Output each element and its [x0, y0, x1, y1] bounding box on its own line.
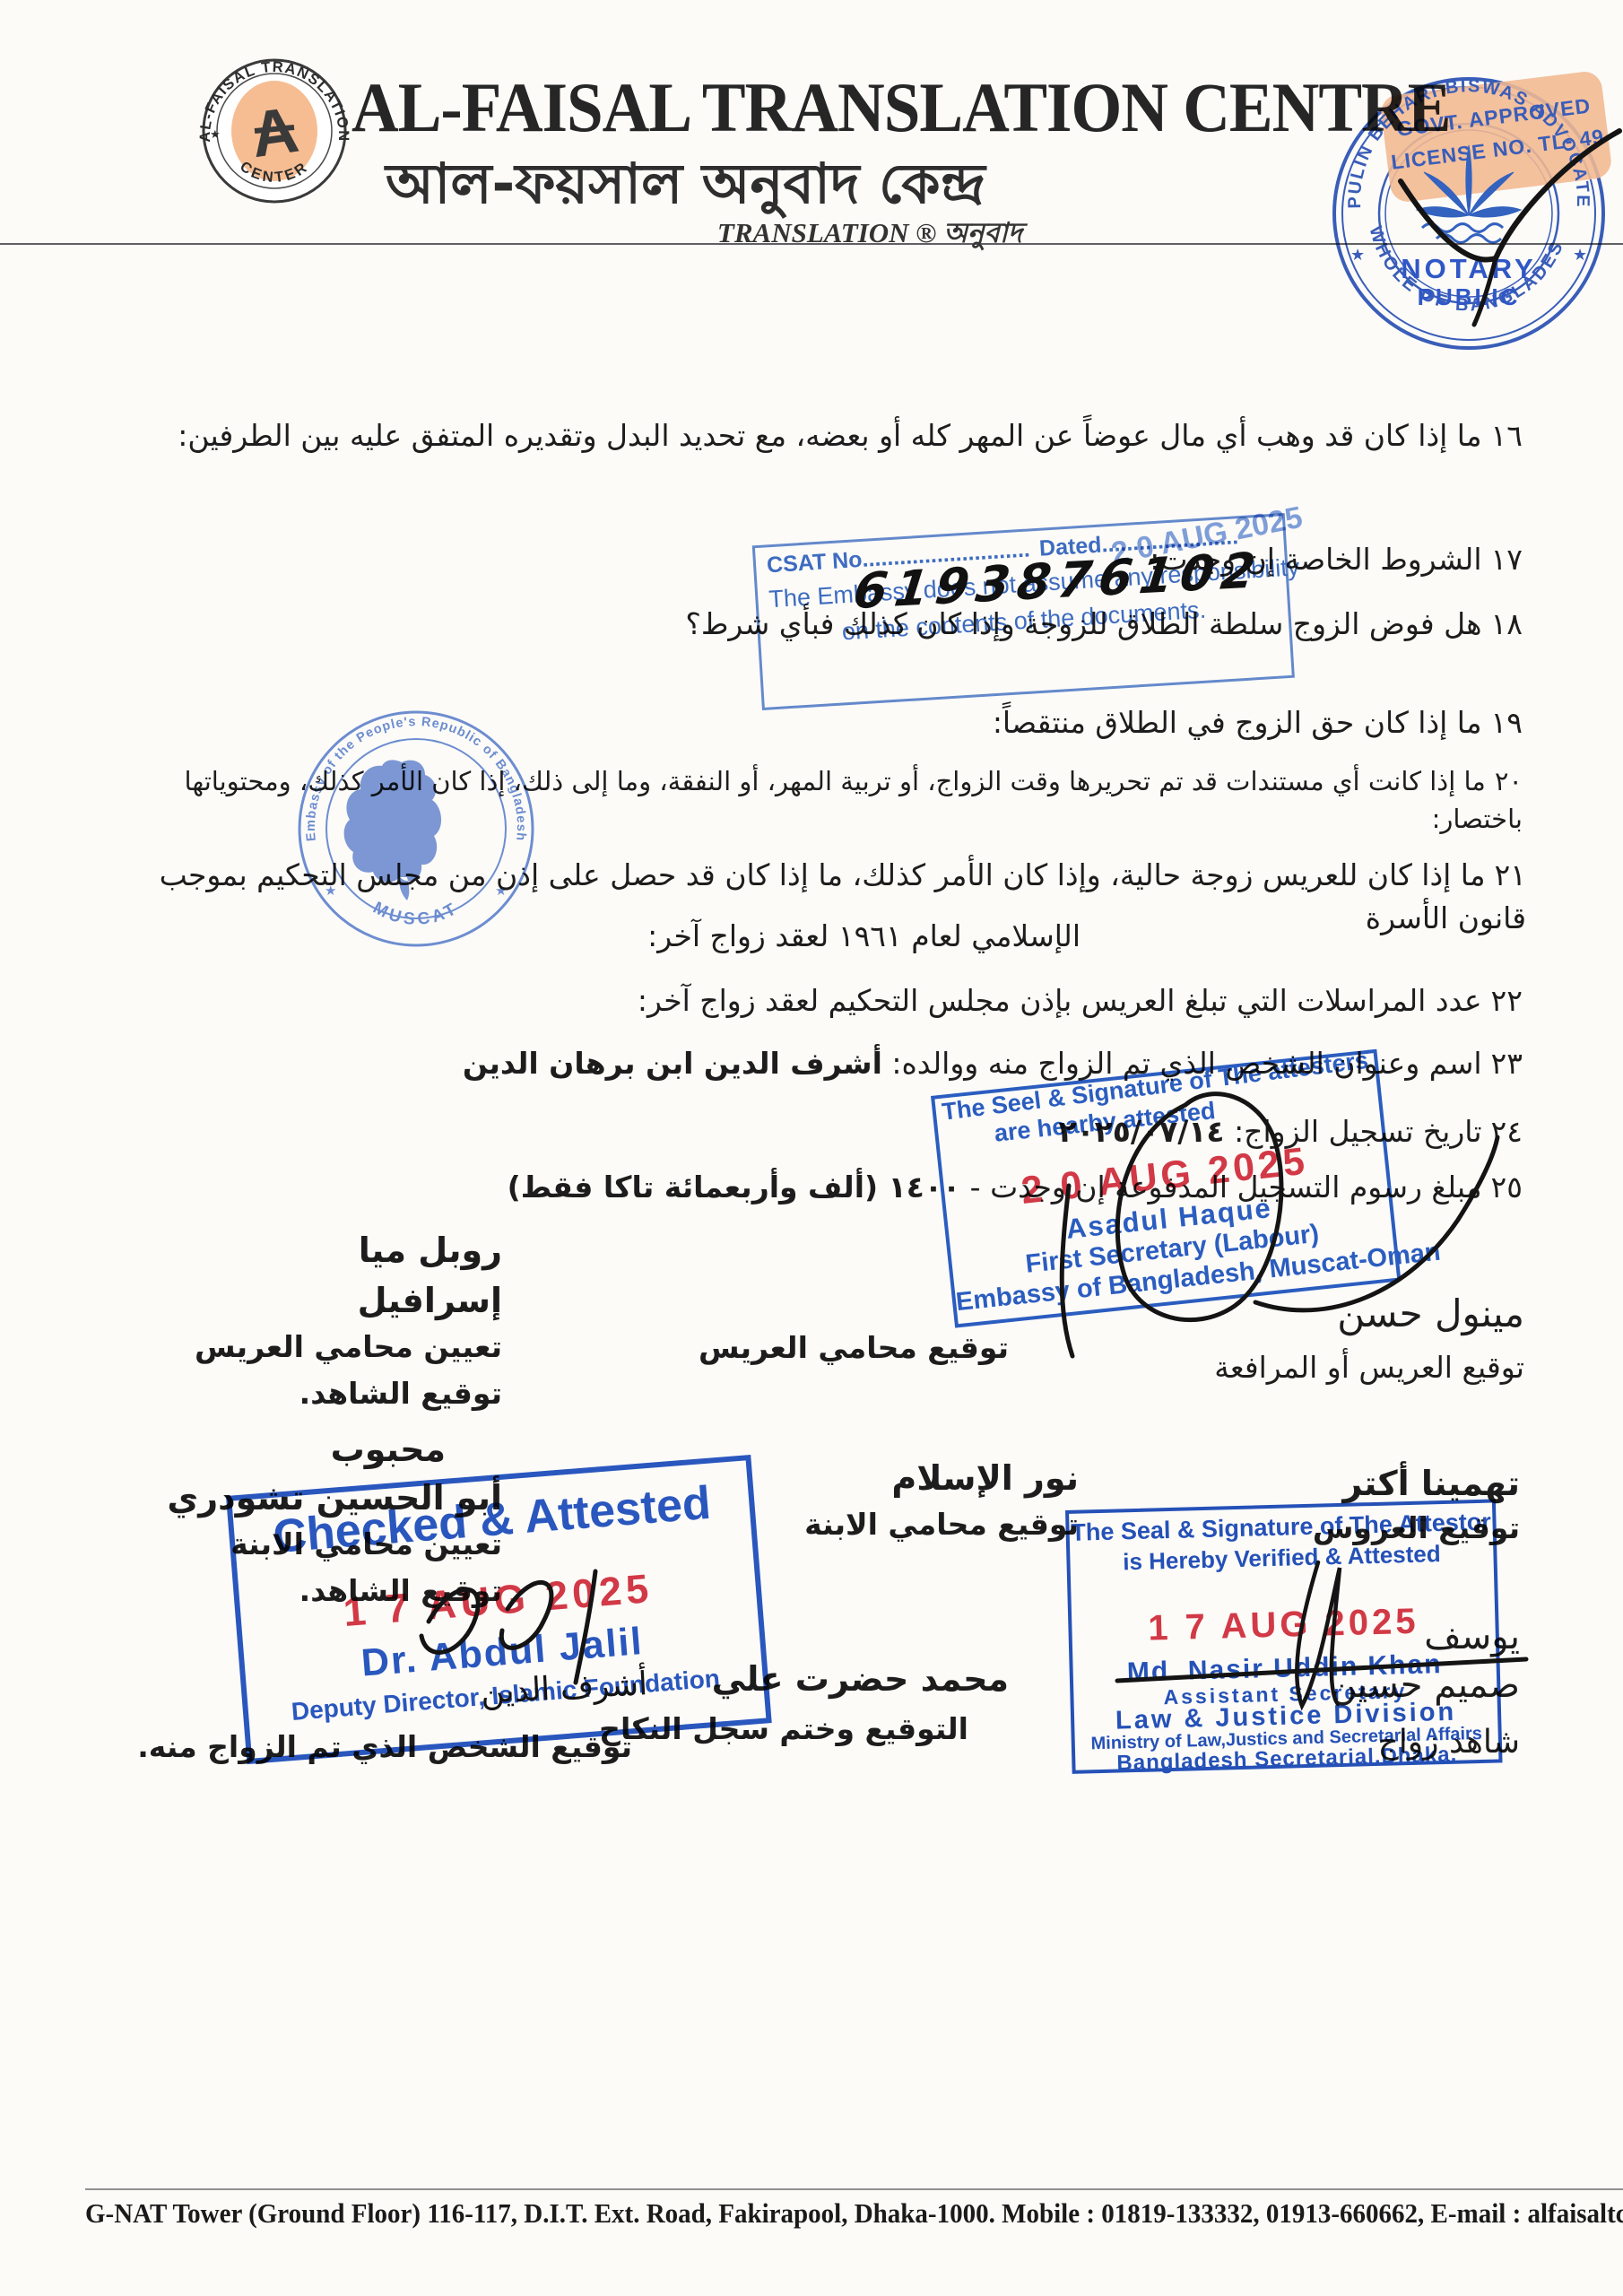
notary-star-right-icon: ★: [1573, 246, 1587, 264]
attestation-stamp-law-ministry: The Seal & Signature of The Attestor is …: [1065, 1499, 1503, 1773]
bride-attorney-signature-label: توقيع محامي الابنة: [804, 1507, 1079, 1542]
bride-attorney-witness-name-1: محبوب: [331, 1430, 446, 1469]
checked-attested-stamp: Checked & Attested 1 7 AUG 2025 Dr. Abdu…: [226, 1455, 772, 1764]
clause-item-19: ١٩ما إذا كان حق الزوج في الطلاق منتقصاً:: [993, 701, 1523, 744]
tagline: TRANSLATION ® অনুবাদ: [628, 212, 1112, 258]
groom-name-value: أشرف الدين ابن برهان الدين: [463, 1046, 882, 1081]
document-page: AL-FAISAL TRANSLATION CENTER ★ A AL-FAIS…: [0, 0, 1623, 2296]
groom-name-signature: مينول حسن: [1337, 1291, 1524, 1335]
registration-fee-value: ١٤٠٠ (ألف وأربعمائة تاكا فقط): [508, 1170, 961, 1205]
notary-public-stamp-icon: GOVT. APPROVED LICENSE NO. TL- 49 PULIN …: [1320, 70, 1623, 366]
clause-item-21-line2: الإسلامي لعام ١٩٦١ لعقد زواج آخر:: [647, 915, 1081, 958]
groom-attorney-appointment-label: تعيين محامي العريس: [195, 1329, 502, 1364]
attestation-stamp-muscat: The Seel & Signature of The attesters ar…: [931, 1049, 1401, 1328]
page-title: AL-FAISAL TRANSLATION CENTRE: [352, 67, 1450, 149]
svg-text:MUSCAT: MUSCAT: [369, 899, 462, 929]
notary-star-left-icon: ★: [1350, 246, 1365, 264]
footer-address: G-NAT Tower (Ground Floor) 116-117, D.I.…: [85, 2199, 1623, 2231]
groom-or-pleader-signature-label: توقيع العريس أو المرافعة: [1214, 1350, 1524, 1385]
bride-name-signature: تهمينا أكتر: [1342, 1464, 1520, 1503]
svg-text:PUBLIC: PUBLIC: [1418, 283, 1521, 310]
clause-item-16: ١٦ما إذا كان قد وهب أي مال عوضاً عن المه…: [178, 414, 1523, 457]
muscat-star-right-icon: ★: [495, 883, 507, 899]
muscat-star-left-icon: ★: [325, 883, 336, 899]
al-faisal-logo-icon: AL-FAISAL TRANSLATION CENTER ★ A: [199, 56, 350, 206]
groom-attorney-witness-name-2: إسرافيل: [358, 1281, 502, 1320]
embassy-muscat-seal-icon: Embassy of the People's Republic of Bang…: [294, 707, 538, 951]
witness-signature-label-1: توقيع الشاهد.: [299, 1376, 502, 1411]
logo-star-icon: ★: [210, 127, 221, 141]
groom-attorney-witness-name-1: روبل ميا: [359, 1231, 502, 1270]
bride-attorney-name: نور الإسلام: [891, 1458, 1079, 1498]
clause-item-22: ٢٢عدد المراسلات التي تبلغ العريس بإذن مج…: [638, 979, 1523, 1022]
groom-attorney-signature-label: توقيع محامي العريس: [699, 1330, 1009, 1365]
bangladesh-map-icon: [344, 760, 441, 900]
svg-text:NOTARY: NOTARY: [1401, 253, 1536, 284]
footer-divider: [85, 2188, 1623, 2190]
